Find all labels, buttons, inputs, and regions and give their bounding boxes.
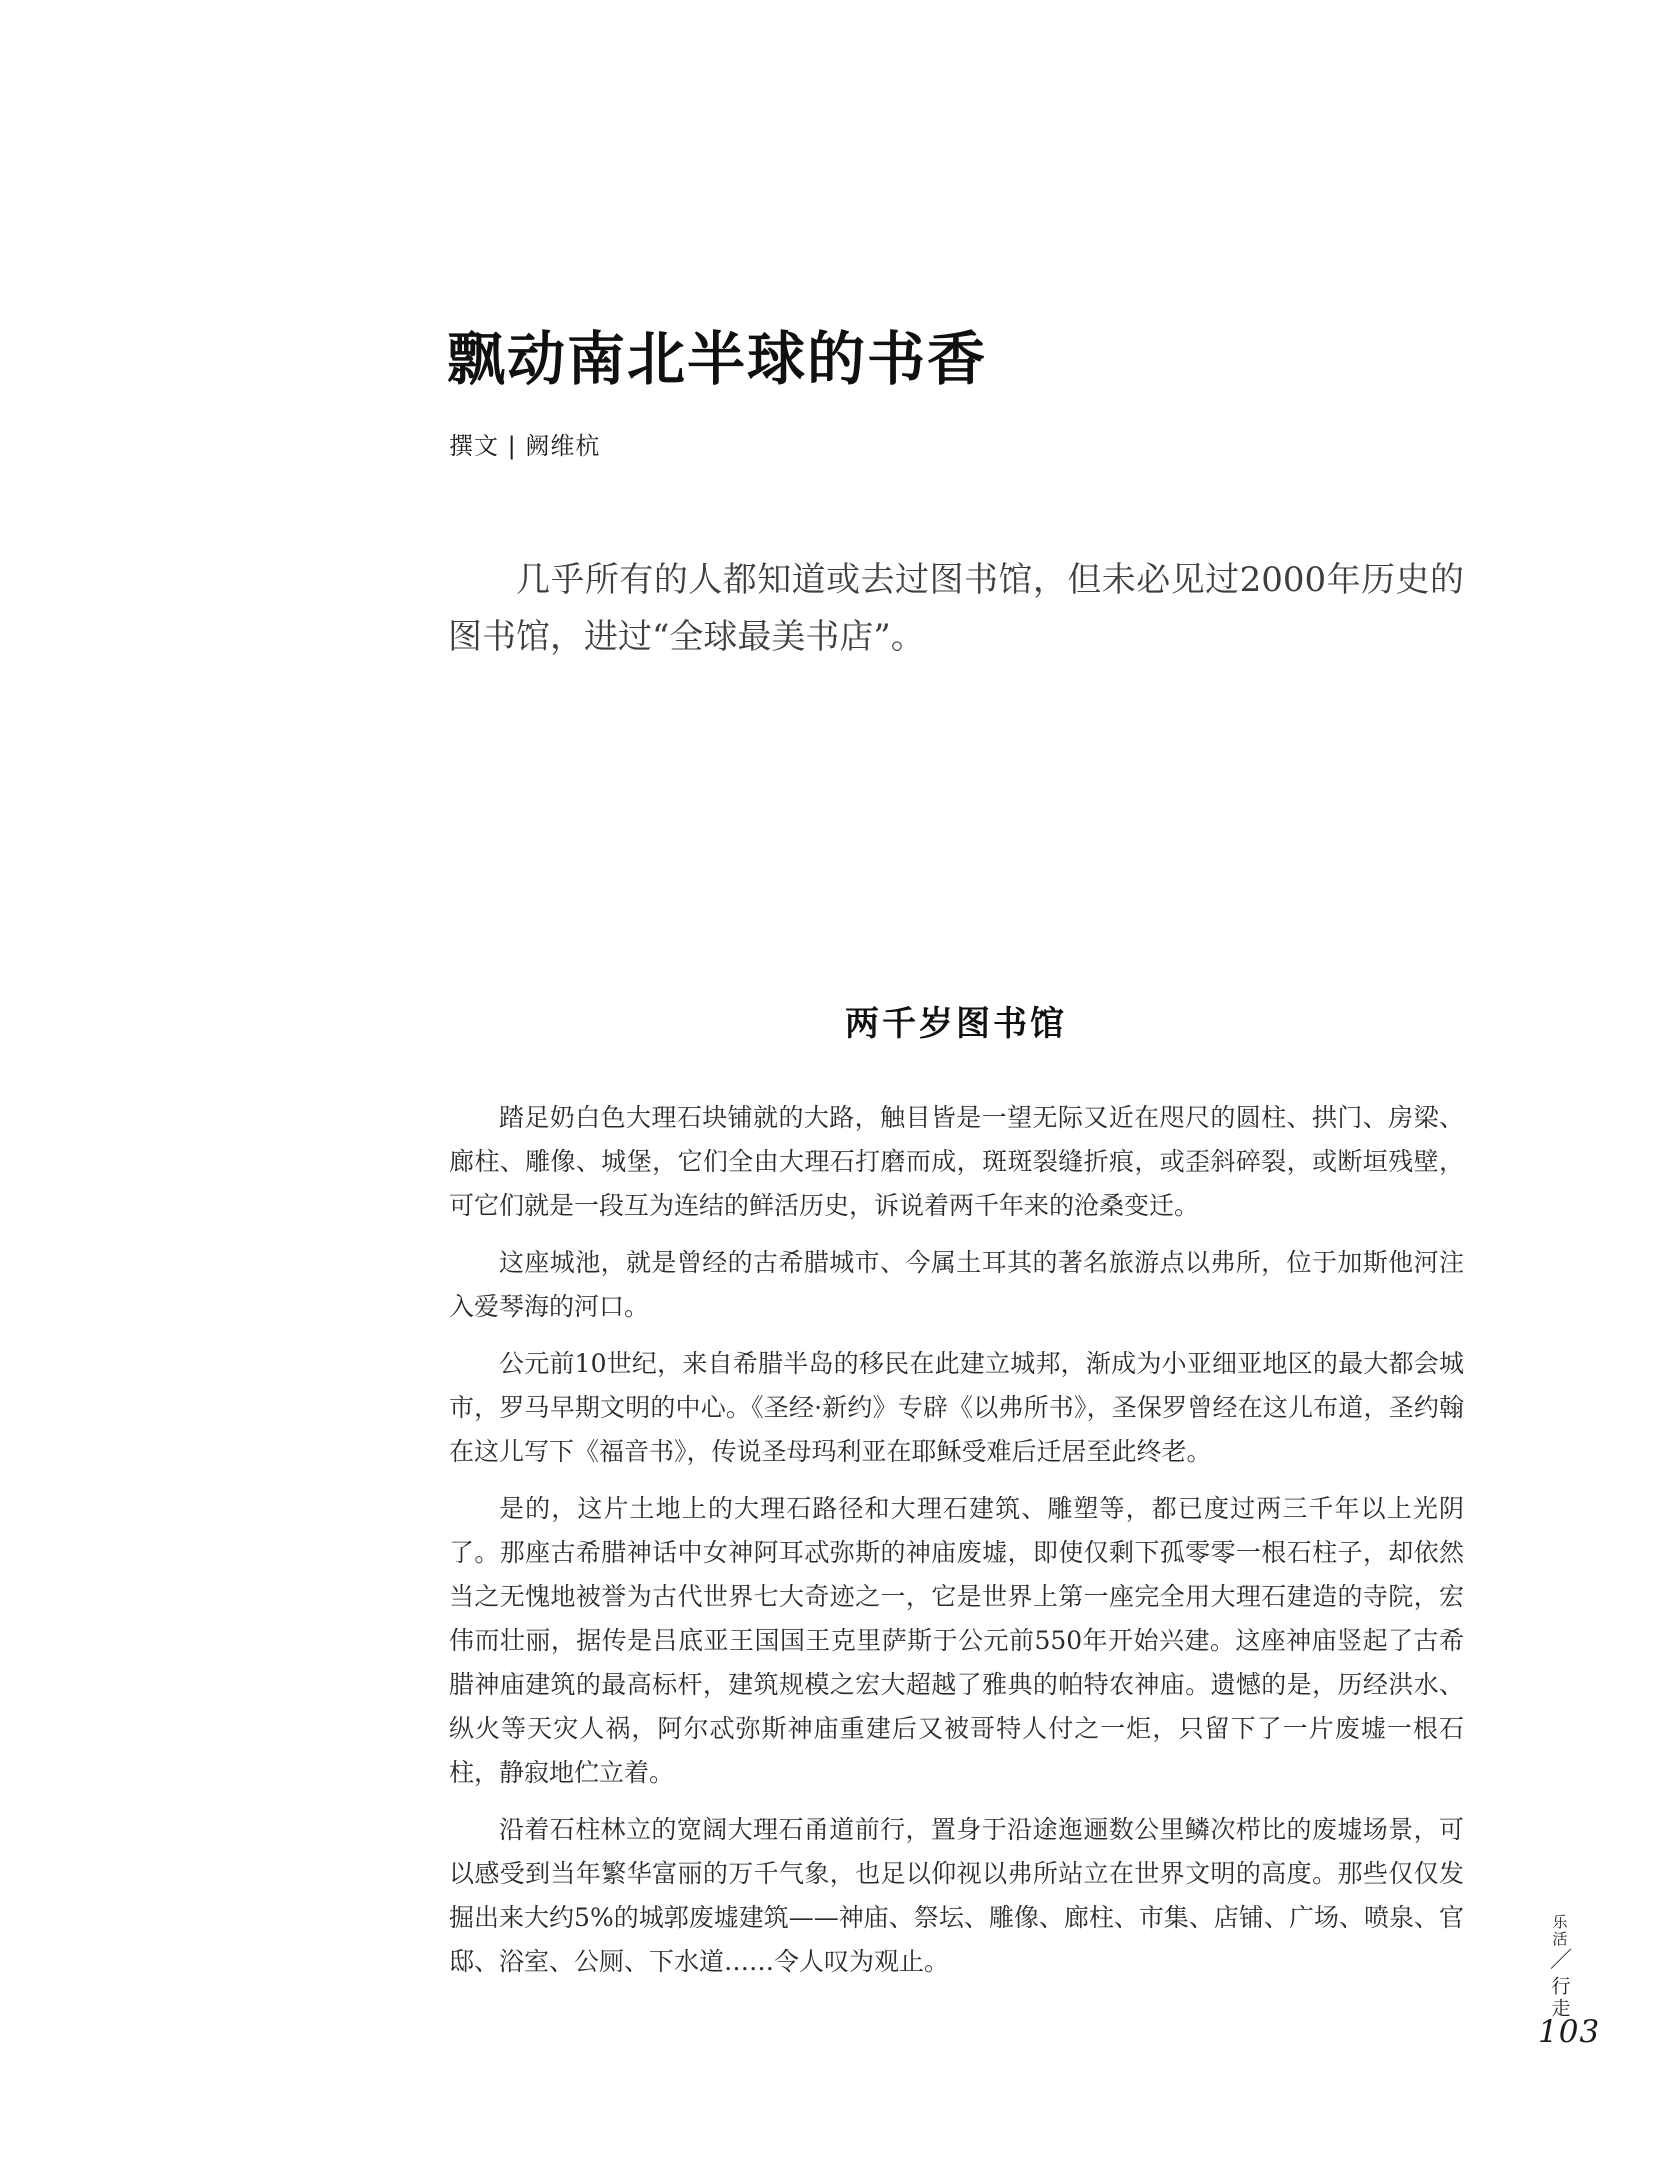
intro-text: 几乎所有的人都知道或去过图书馆，但未必见过2000年历史的图书馆，进过“全球最美… [448, 552, 1464, 666]
magazine-section-label: 乐活 [1550, 1914, 1571, 1948]
body-paragraph: 沿着石柱林立的宽阔大理石甬道前行，置身于沿途迤逦数公里鳞次栉比的废墟场景，可以感… [449, 1808, 1464, 1984]
footer-rail: 乐活 ／ 行走 [1543, 1914, 1577, 2020]
byline: 撰文 | 阙维杭 [449, 426, 600, 461]
section-heading: 两千岁图书馆 [448, 996, 1464, 1045]
body-paragraph: 这座城池，就是曾经的古希腊城市、今属土耳其的著名旅游点以弗所，位于加斯他河注入爱… [449, 1241, 1464, 1329]
body-paragraph: 踏足奶白色大理石块铺就的大路，触目皆是一望无际又近在咫尺的圆柱、拱门、房梁、廊柱… [449, 1096, 1464, 1228]
section-divider-slash: ／ [1550, 1950, 1572, 1972]
magazine-page: 飘动南北半球的书香 撰文 | 阙维杭 几乎所有的人都知道或去过图书馆，但未必见过… [0, 0, 1654, 2165]
body-paragraph: 是的，这片土地上的大理石路径和大理石建筑、雕塑等，都已度过两三千年以上光阴了。那… [449, 1487, 1464, 1795]
page-number: 103 [1538, 2014, 1600, 2050]
body-paragraph: 公元前10世纪，来自希腊半岛的移民在此建立城邦，渐成为小亚细亚地区的最大都会城市… [449, 1342, 1464, 1474]
intro-block: 几乎所有的人都知道或去过图书馆，但未必见过2000年历史的图书馆，进过“全球最美… [448, 552, 1464, 666]
article-body: 踏足奶白色大理石块铺就的大路，触目皆是一望无际又近在咫尺的圆柱、拱门、房梁、廊柱… [449, 1096, 1464, 1984]
article-title: 飘动南北半球的书香 [447, 312, 987, 396]
